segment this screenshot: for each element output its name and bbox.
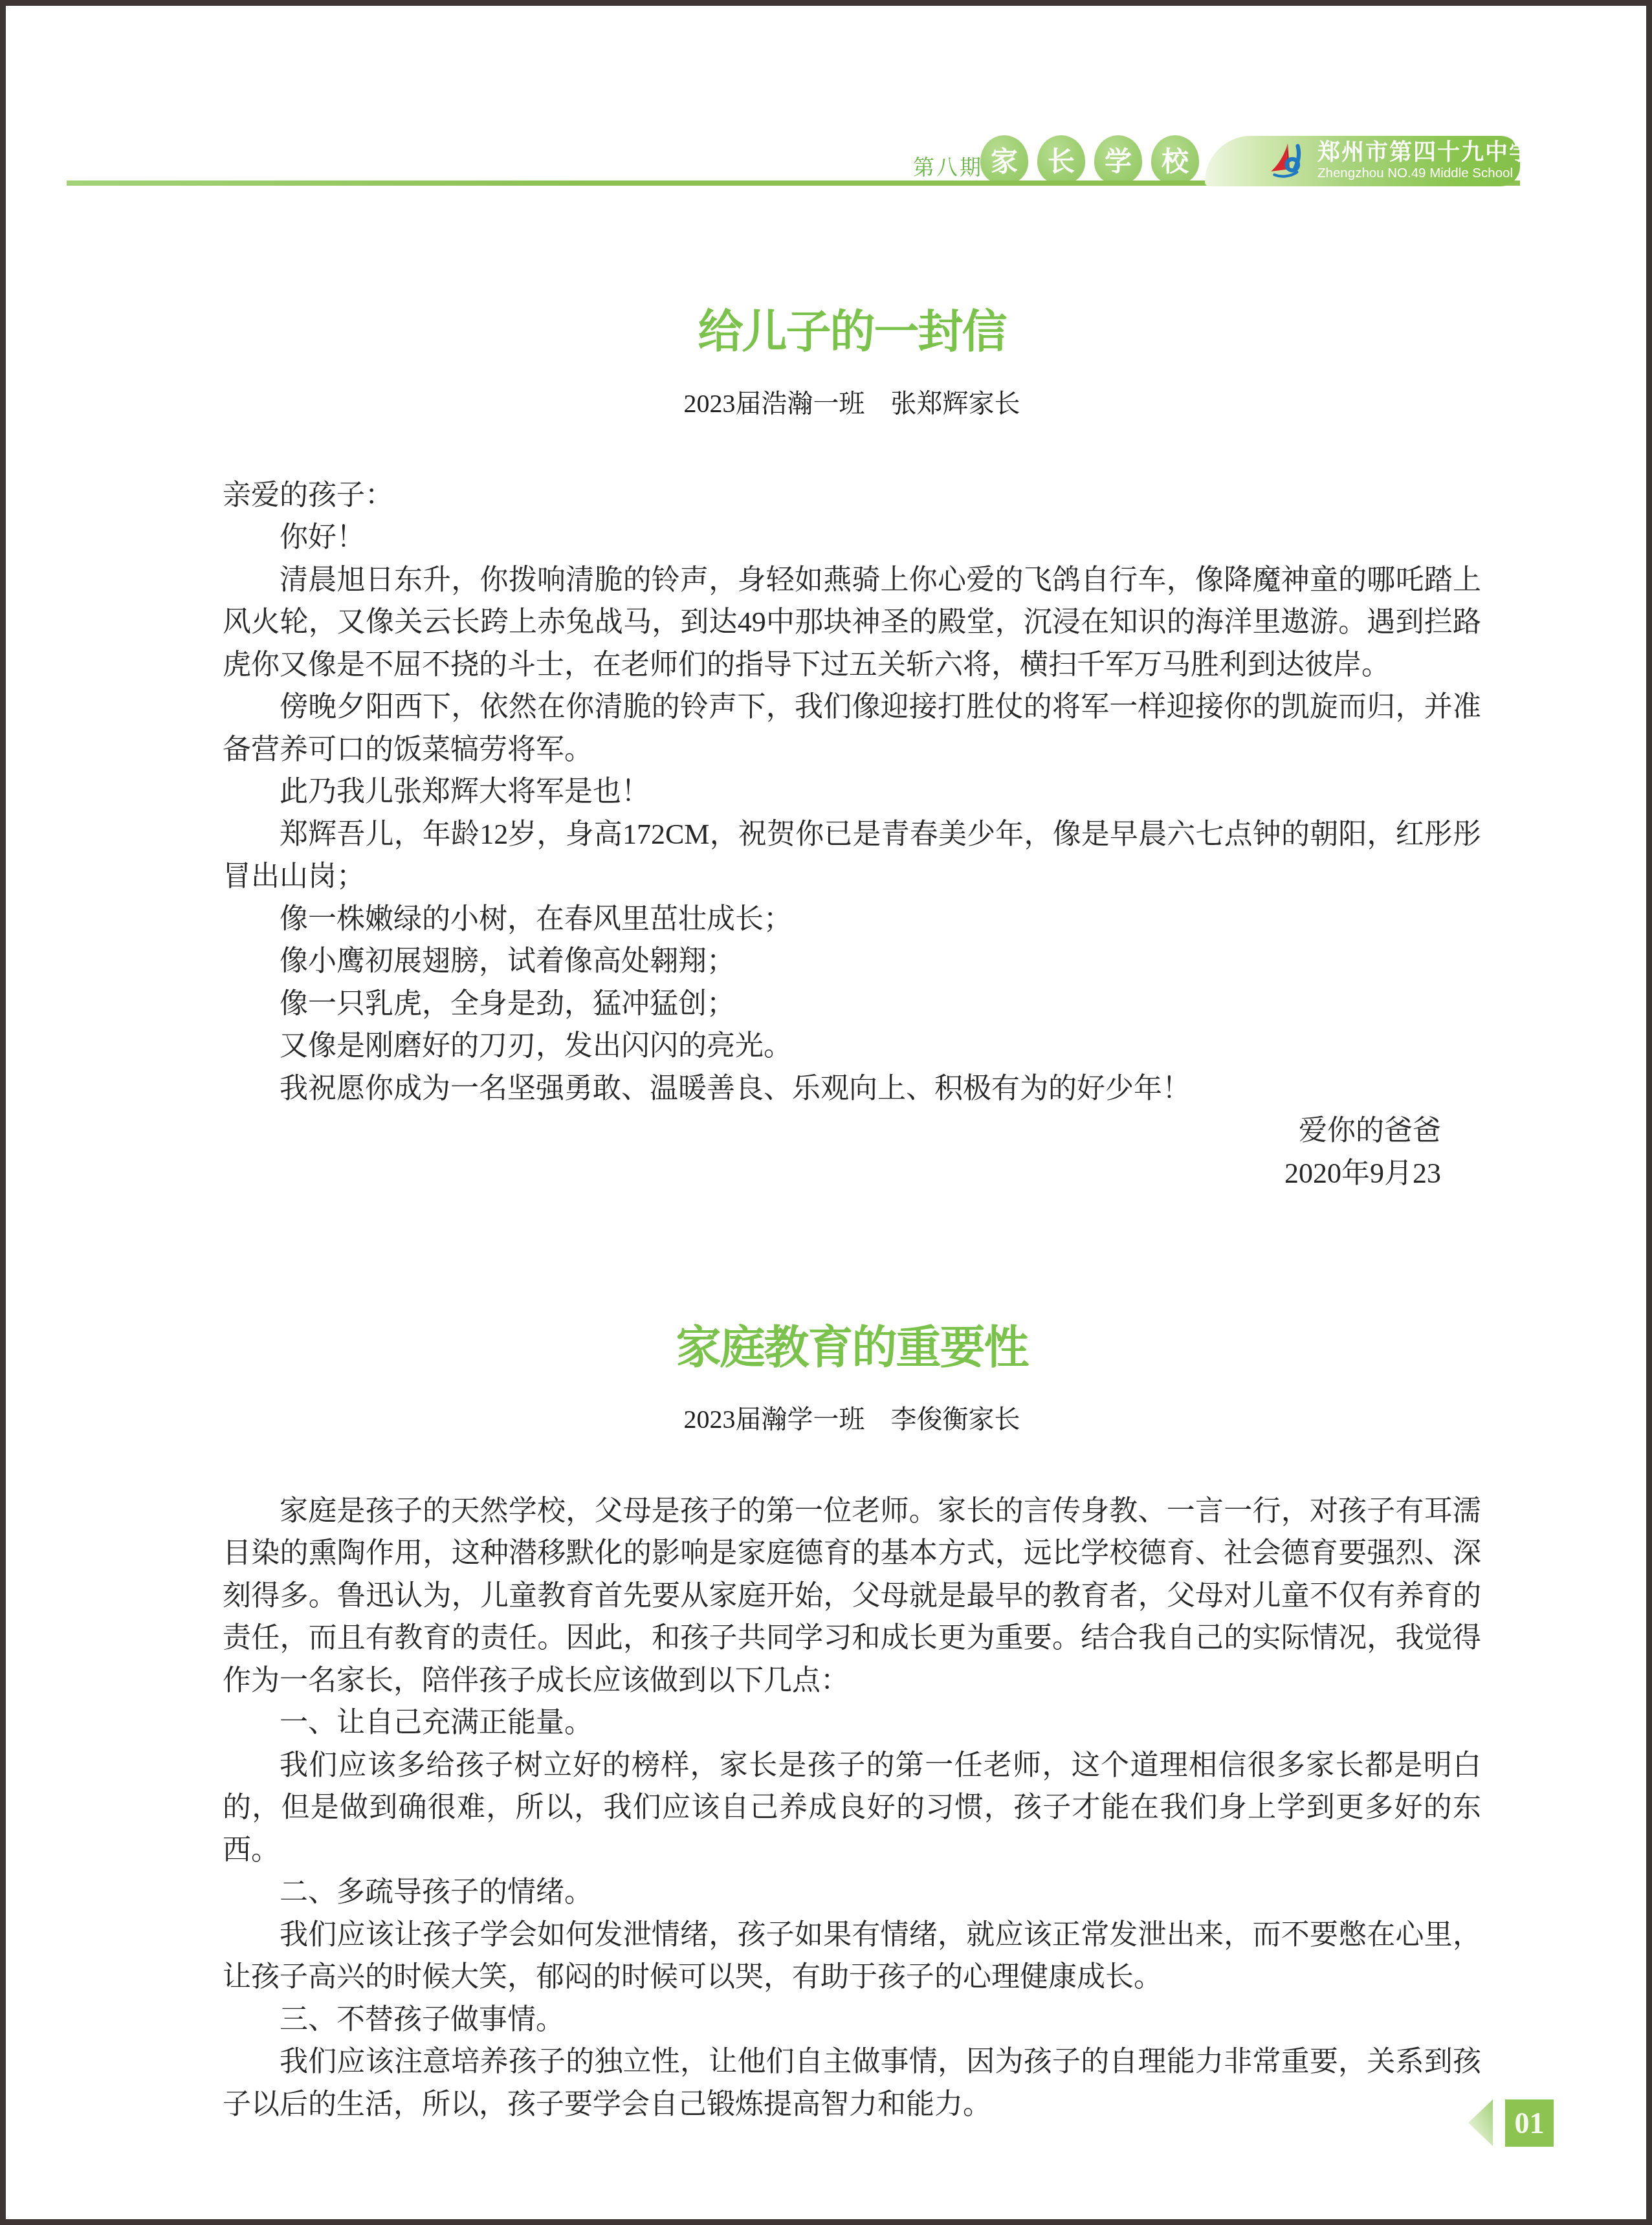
masthead-badge: 学 bbox=[1094, 135, 1142, 184]
article-byline: 2023届瀚学一班 李俊衡家长 bbox=[223, 1405, 1481, 1434]
paragraph: 清晨旭日东升，你拨响清脆的铃声，身轻如燕骑上你心爱的飞鸽自行车，像降魔神童的哪吒… bbox=[223, 559, 1481, 686]
page-number: 01 bbox=[1505, 2099, 1554, 2147]
masthead-badge: 长 bbox=[1037, 135, 1085, 184]
article-body: 家庭是孩子的天然学校，父母是孩子的第一位老师。家长的言传身教、一言一行，对孩子有… bbox=[223, 1490, 1481, 2126]
article-family-education: 家庭教育的重要性 2023届瀚学一班 李俊衡家长 家庭是孩子的天然学校，父母是孩… bbox=[223, 1293, 1481, 2125]
signature-line: 2020年9月23 bbox=[223, 1152, 1481, 1195]
article-title: 给儿子的一封信 bbox=[223, 308, 1481, 358]
issue-label: 第八期 bbox=[913, 151, 983, 181]
article-body: 亲爱的孩子： 你好！ 清晨旭日东升，你拨响清脆的铃声，身轻如燕骑上你心爱的飞鸽自… bbox=[223, 474, 1481, 1110]
paragraph: 家庭是孩子的天然学校，父母是孩子的第一位老师。家长的言传身教、一言一行，对孩子有… bbox=[223, 1490, 1481, 1702]
school-name-en: Zhengzhou NO.49 Middle School bbox=[1317, 165, 1533, 182]
paragraph: 我们应该多给孩子树立好的榜样，家长是孩子的第一任老师，这个道理相信很多家长都是明… bbox=[223, 1744, 1481, 1872]
school-names: 郑州市第四十九中学 Zhengzhou NO.49 Middle School bbox=[1317, 140, 1533, 182]
paragraph: 郑辉吾儿，年龄12岁，身高172CM，祝贺你已是青春美少年，像是早晨六七点钟的朝… bbox=[223, 813, 1481, 898]
magazine-page: 第八期 家 长 学 校 郑州市第四十九中学 Zhengzhou NO.49 Mi… bbox=[0, 0, 1652, 2225]
masthead-badges: 家 长 学 校 bbox=[980, 135, 1199, 184]
school-banner: 郑州市第四十九中学 Zhengzhou NO.49 Middle School bbox=[1205, 136, 1520, 186]
paragraph: 此乃我儿张郑辉大将军是也！ bbox=[223, 771, 1481, 813]
paragraph: 你好！ bbox=[223, 516, 1481, 559]
masthead-badge: 家 bbox=[980, 135, 1028, 184]
sailboat-49-logo-icon bbox=[1267, 138, 1307, 184]
paragraph: 又像是刚磨好的刀刃，发出闪闪的亮光。 bbox=[223, 1025, 1481, 1068]
paragraph: 傍晚夕阳西下，依然在你清脆的铃声下，我们像迎接打胜仗的将军一样迎接你的凯旋而归，… bbox=[223, 686, 1481, 771]
page-number-footer: 01 bbox=[1467, 2098, 1554, 2147]
paragraph: 我们应该注意培养孩子的独立性，让他们自主做事情，因为孩子的自理能力非常重要，关系… bbox=[223, 2041, 1481, 2125]
article-letter-to-son: 给儿子的一封信 2023届浩瀚一班 张郑辉家长 亲爱的孩子： 你好！ 清晨旭日东… bbox=[223, 278, 1481, 1194]
paragraph: 一、让自己充满正能量。 bbox=[223, 1702, 1481, 1744]
signature-line: 爱你的爸爸 bbox=[223, 1110, 1481, 1152]
paragraph: 三、不替孩子做事情。 bbox=[223, 1999, 1481, 2041]
paragraph: 像一只乳虎，全身是劲，猛冲猛创； bbox=[223, 983, 1481, 1025]
paragraph: 我们应该让孩子学会如何发泄情绪，孩子如果有情绪，就应该正常发泄出来，而不要憋在心… bbox=[223, 1914, 1481, 1999]
signature-block: 爱你的爸爸 2020年9月23 bbox=[223, 1110, 1481, 1194]
paragraph: 像一株嫩绿的小树，在春风里茁壮成长； bbox=[223, 898, 1481, 941]
triangle-left-icon bbox=[1467, 2098, 1494, 2147]
school-name-cn: 郑州市第四十九中学 bbox=[1317, 140, 1533, 165]
article-title: 家庭教育的重要性 bbox=[223, 1324, 1481, 1374]
masthead-badge: 校 bbox=[1151, 135, 1199, 184]
paragraph: 亲爱的孩子： bbox=[223, 474, 1481, 517]
paragraph: 我祝愿你成为一名坚强勇敢、温暖善良、乐观向上、积极有为的好少年！ bbox=[223, 1068, 1481, 1110]
paragraph: 像小鹰初展翅膀，试着像高处翱翔； bbox=[223, 940, 1481, 983]
paragraph: 二、多疏导孩子的情绪。 bbox=[223, 1871, 1481, 1914]
article-byline: 2023届浩瀚一班 张郑辉家长 bbox=[223, 389, 1481, 419]
